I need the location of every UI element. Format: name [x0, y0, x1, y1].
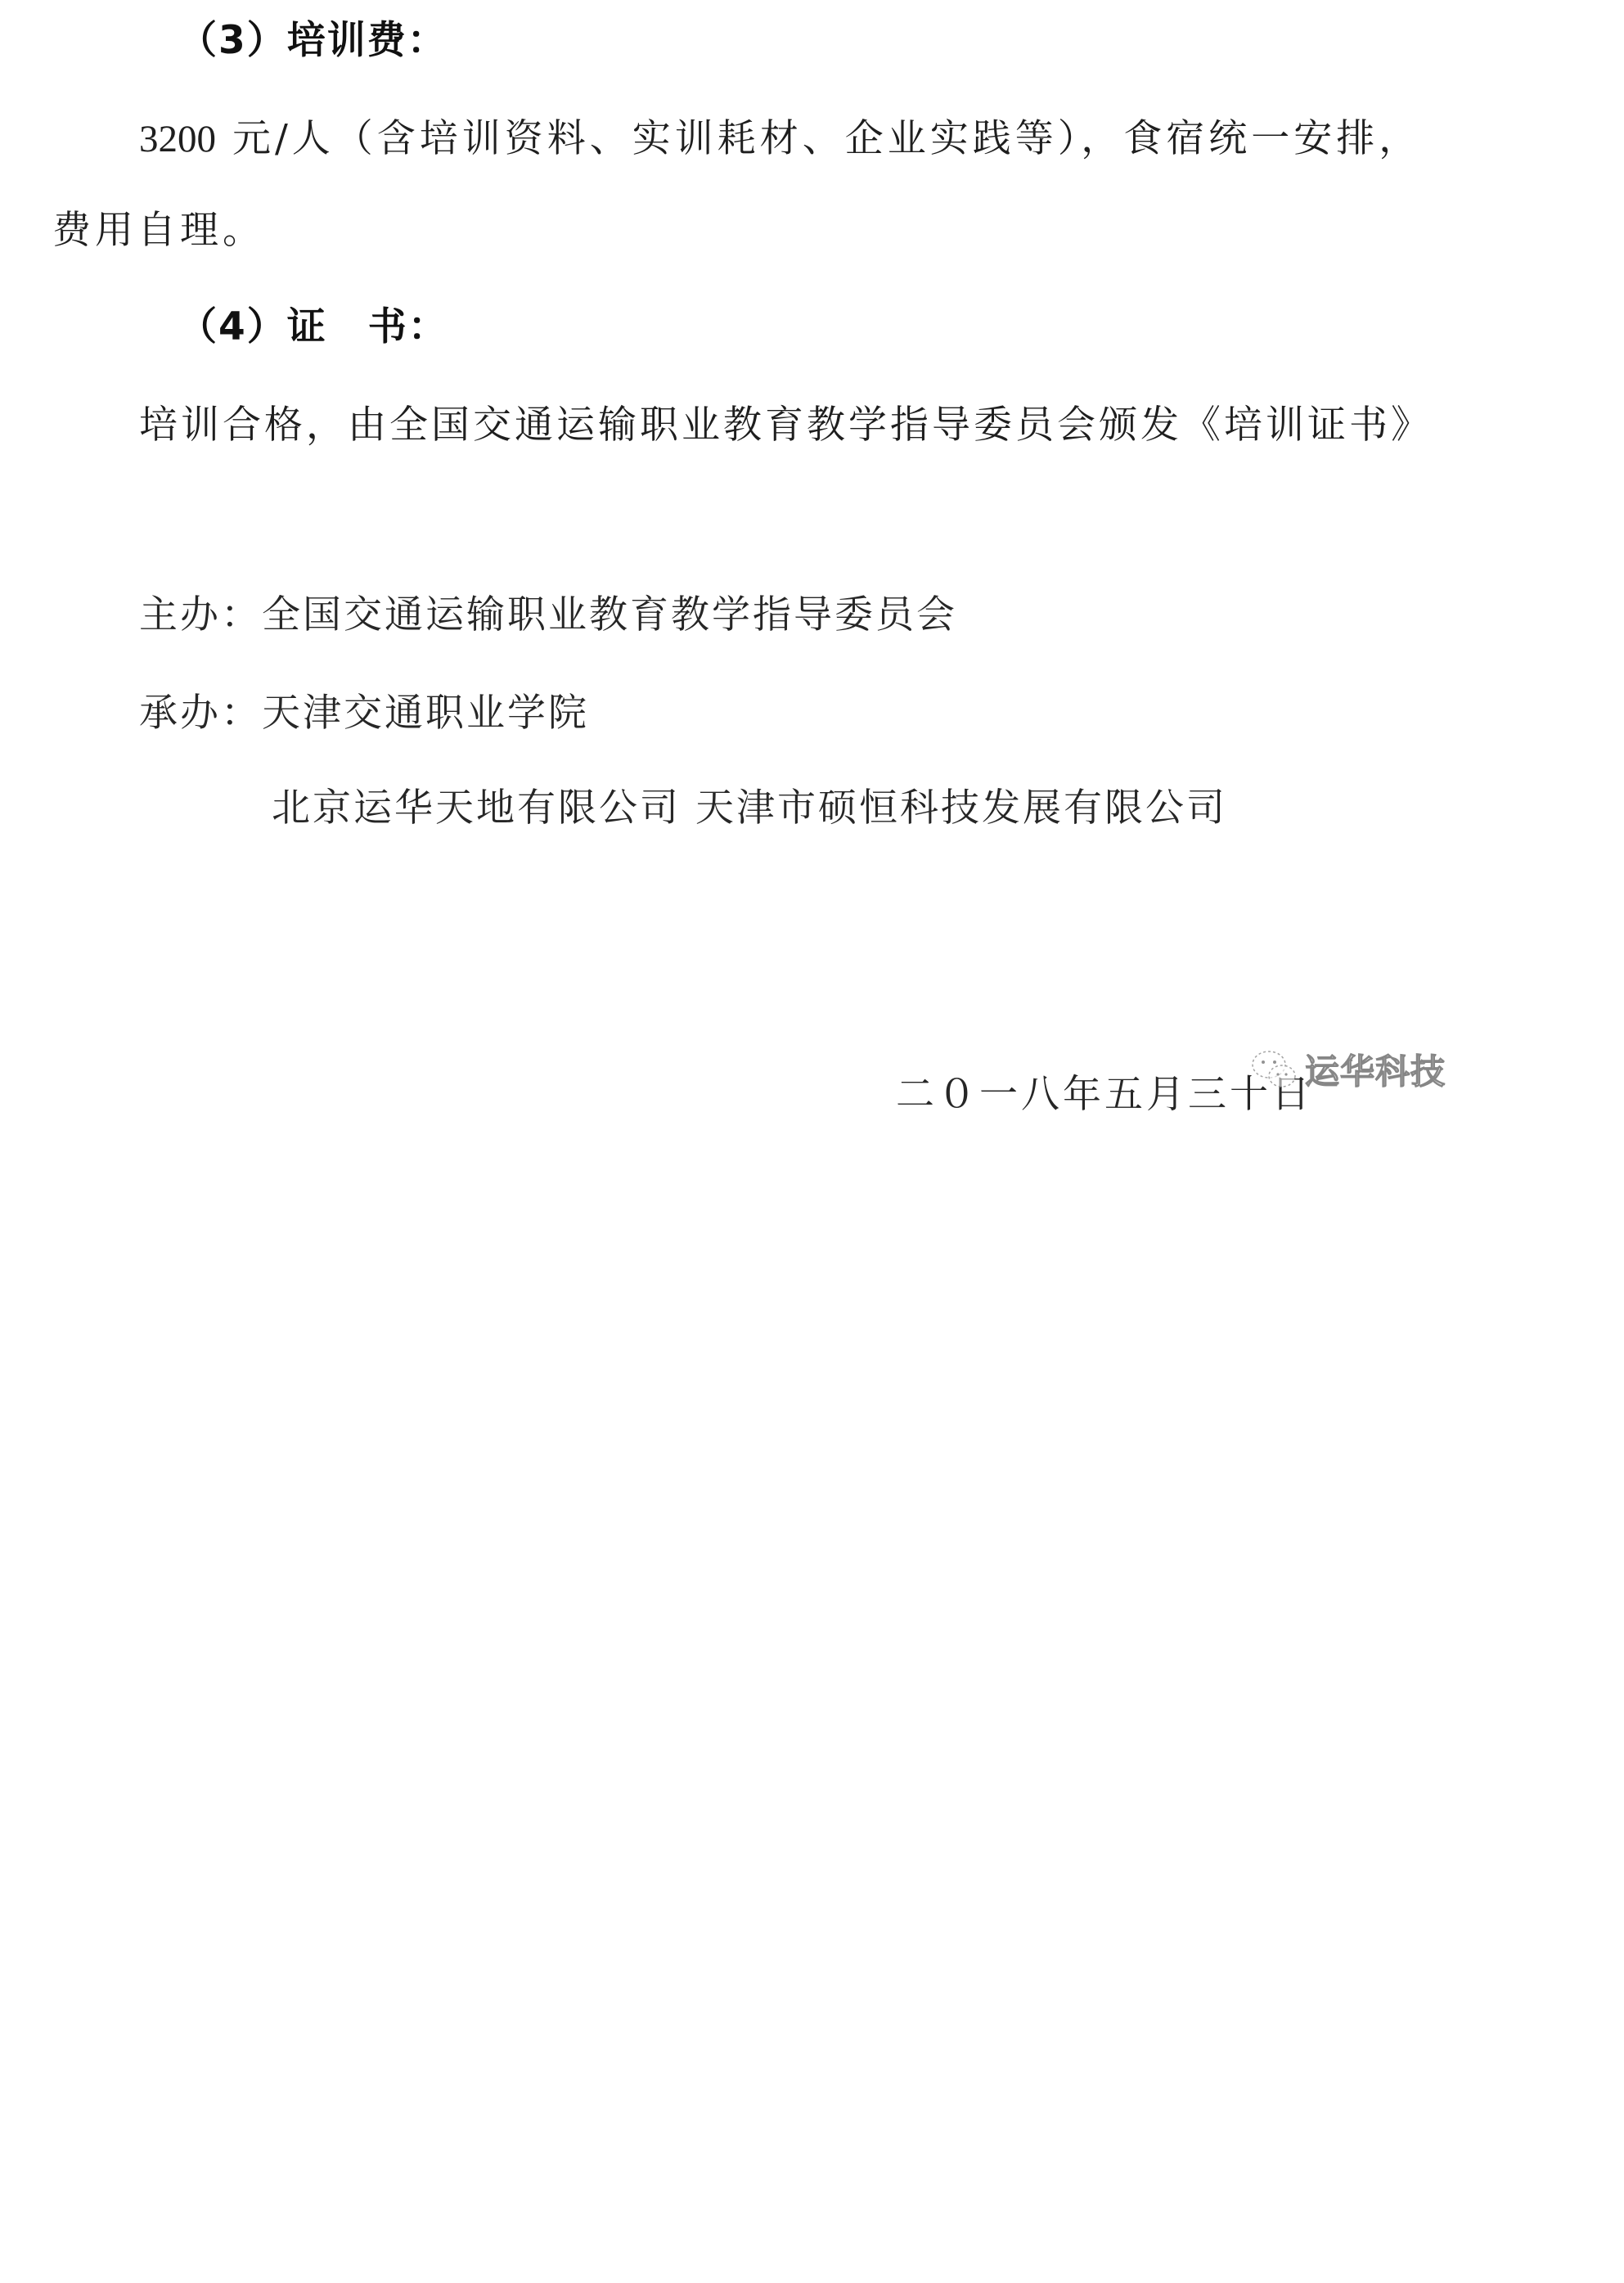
- certificate-paragraph: 培训合格，由全国交通运输职业教育教学指导委员会颁发《培训证书》: [139, 401, 1433, 450]
- fee-amount: 3200: [139, 118, 216, 160]
- undertaker-secondary-line: 北京运华天地有限公司 天津市硕恒科技发展有限公司: [272, 784, 1227, 833]
- section-3-heading: （3）培训费：: [178, 16, 448, 65]
- host-line: 主办：全国交通运输职业教育教学指导委员会: [139, 591, 957, 640]
- fee-paragraph-line-2: 费用自理。: [52, 206, 265, 255]
- fee-paragraph-line-1: 3200 元/人（含培训资料、实训耗材、企业实践等），食宿统一安排，: [139, 115, 1421, 164]
- section-4-heading: （4）证书：: [178, 303, 448, 352]
- fee-description: 元/人（含培训资料、实训耗材、企业实践等），食宿统一安排，: [216, 116, 1421, 161]
- undertaker-line: 承办：天津交通职业学院: [139, 689, 589, 738]
- section-4-heading-suffix: 书：: [368, 304, 448, 349]
- watermark: 运华科技: [1248, 1043, 1446, 1096]
- wechat-icon: [1248, 1045, 1300, 1094]
- undertaker-primary: 天津交通职业学院: [262, 691, 589, 736]
- section-4-heading-prefix: （4）证: [178, 304, 327, 349]
- host-name: 全国交通运输职业教育教学指导委员会: [262, 592, 957, 637]
- watermark-text: 运华科技: [1305, 1045, 1446, 1094]
- undertaker-label: 承办：: [139, 691, 262, 736]
- host-label: 主办：: [139, 592, 262, 637]
